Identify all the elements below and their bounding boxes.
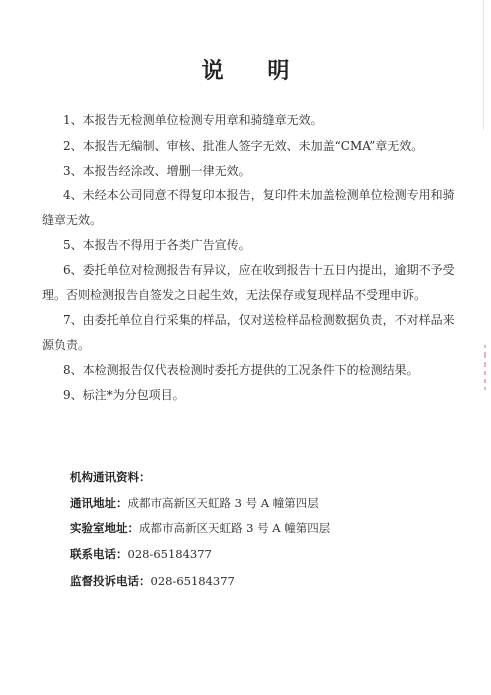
item-number: 8、 — [63, 363, 83, 377]
notice-item-2: 2、本报告无编制、审核、批准人签字无效、未加盖“CMA”章无效。 — [63, 139, 423, 153]
mailing-address-label: 通讯地址： — [70, 496, 128, 510]
page-title: 说 明 — [0, 54, 491, 85]
complaint-phone-label: 监督投诉电话： — [70, 574, 151, 588]
item-text: 由委托单位自行采集的样品，仅对送检样品检测数据负责，不对样品来 — [83, 313, 455, 327]
item-number: 5、 — [63, 238, 83, 252]
item-number: 2、 — [63, 139, 83, 153]
notice-item-6-continuation: 理。否则检测报告自签发之日起生效，无法保存或复现样品不受理申诉。 — [42, 288, 426, 302]
item-number: 6、 — [63, 263, 83, 277]
notice-item-6: 6、委托单位对检测报告有异议，应在收到报告十五日内提出，逾期不予受 — [63, 263, 455, 277]
notice-item-5: 5、本报告不得用于各类广告宣传。 — [63, 238, 251, 252]
item-text: 未经本公司同意不得复印本报告，复印件未加盖检测单位检测专用和骑 — [83, 188, 455, 202]
item-text: 本报告无检测单位检测专用章和骑缝章无效。 — [83, 113, 323, 127]
lab-address: 实验室地址：成都市高新区天虹路 3 号 A 幢第四层 — [70, 521, 330, 535]
complaint-phone-value: 028-65184377 — [151, 574, 235, 588]
item-text: 本报告不得用于各类广告宣传。 — [83, 238, 251, 252]
lab-address-label: 实验室地址： — [70, 521, 139, 535]
notice-item-7-continuation: 源负责。 — [42, 338, 90, 352]
notice-item-9: 9、标注*为分包项目。 — [63, 388, 185, 402]
item-text: 委托单位对检测报告有异议，应在收到报告十五日内提出，逾期不予受 — [83, 263, 455, 277]
contact-phone-label: 联系电话： — [70, 547, 128, 561]
contact-phone-value: 028-65184377 — [128, 547, 212, 561]
notice-item-1: 1、本报告无检测单位检测专用章和骑缝章无效。 — [63, 113, 323, 127]
notice-item-8: 8、本检测报告仅代表检测时委托方提供的工况条件下的检测结果。 — [63, 363, 419, 377]
item-text: 本报告无编制、审核、批准人签字无效、未加盖“CMA”章无效。 — [83, 139, 424, 153]
seam-stamp-marks — [482, 345, 488, 390]
item-number: 7、 — [63, 313, 83, 327]
lab-address-value: 成都市高新区天虹路 3 号 A 幢第四层 — [139, 521, 330, 535]
mailing-address: 通讯地址：成都市高新区天虹路 3 号 A 幢第四层 — [70, 496, 319, 510]
notice-item-7: 7、由委托单位自行采集的样品，仅对送检样品检测数据负责，不对样品来 — [63, 313, 455, 327]
mailing-address-value: 成都市高新区天虹路 3 号 A 幢第四层 — [128, 496, 319, 510]
contact-heading: 机构通讯资料： — [70, 470, 151, 484]
notice-item-3: 3、本报告经涂改、增删一律无效。 — [63, 164, 251, 178]
notice-item-4: 4、未经本公司同意不得复印本报告，复印件未加盖检测单位检测专用和骑 — [63, 188, 455, 202]
contact-heading-label: 机构通讯资料： — [70, 470, 151, 484]
item-number: 9、 — [63, 388, 83, 402]
item-text: 本报告经涂改、增删一律无效。 — [83, 164, 251, 178]
notice-item-4-continuation: 缝章无效。 — [42, 213, 102, 227]
item-text: 本检测报告仅代表检测时委托方提供的工况条件下的检测结果。 — [83, 363, 419, 377]
item-number: 4、 — [63, 188, 83, 202]
item-number: 1、 — [63, 113, 83, 127]
item-text: 标注*为分包项目。 — [83, 388, 185, 402]
contact-phone: 联系电话：028-65184377 — [70, 547, 212, 561]
item-number: 3、 — [63, 164, 83, 178]
complaint-phone: 监督投诉电话：028-65184377 — [70, 574, 235, 588]
